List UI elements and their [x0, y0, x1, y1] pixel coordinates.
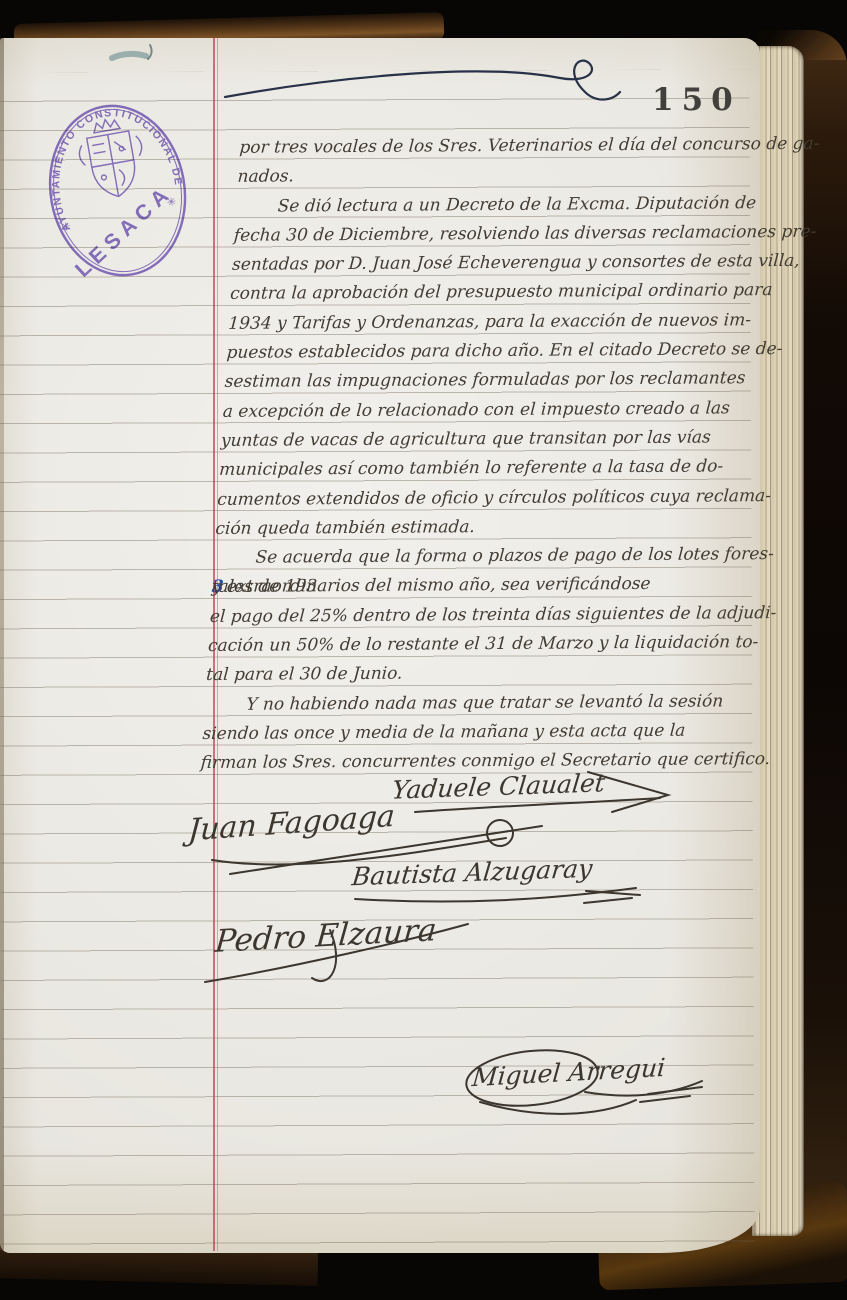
- manuscript-line: a excepción de lo relacionado con el imp…: [222, 394, 772, 427]
- manuscript-line: 1934 y Tarifas y Ordenanzas, para la exa…: [227, 306, 777, 339]
- manuscript-line: contra la aprobación del presupuesto mun…: [229, 276, 779, 309]
- manuscript-text: por tres vocales de los Sres. Veterinari…: [200, 130, 789, 779]
- manuscript-line: municipales así como también lo referent…: [218, 452, 768, 485]
- manuscript-line: fecha 30 de Diciembre, resolviendo las d…: [233, 218, 783, 251]
- manuscript-line: Se dió lectura a un Decreto de la Excma.…: [235, 189, 785, 222]
- scanned-minute-book-photo: 150 AYUNTAMIENTO CONSTITUCIONAL DE LESAC…: [0, 0, 847, 1300]
- manuscript-line: tales de 1933 y extraordinarios del mism…: [211, 570, 761, 603]
- manuscript-line: ción queda también estimada.: [214, 511, 764, 544]
- manuscript-line: sestiman las impugnaciones formuladas po…: [224, 364, 774, 397]
- manuscript-line: Se acuerda que la forma o plazos de pago…: [213, 540, 763, 573]
- page-number: 150: [652, 82, 772, 118]
- manuscript-line: tal para el 30 de Junio.: [205, 658, 755, 691]
- manuscript-line: cación un 50% de lo restante el 31 de Ma…: [207, 628, 757, 661]
- manuscript-line: puestos establecidos para dicho año. En …: [226, 335, 776, 368]
- manuscript-line: sentadas por D. Juan José Echeverengua y…: [231, 247, 781, 280]
- manuscript-line: cumentos extendidos de oficio y círculos…: [216, 482, 766, 515]
- manuscript-line: siendo las once y media de la mañana y e…: [202, 716, 752, 749]
- manuscript-line: por tres vocales de los Sres. Veterinari…: [238, 130, 788, 163]
- municipal-stamp: AYUNTAMIENTO CONSTITUCIONAL DE LESACA ✳ …: [27, 87, 209, 299]
- manuscript-line: el pago del 25% dentro de los treinta dí…: [209, 599, 759, 632]
- stamp-town-name: LESACA: [70, 180, 177, 282]
- manuscript-line: nados.: [237, 159, 787, 192]
- manuscript-line: yuntas de vacas de agricultura que trans…: [220, 423, 770, 456]
- manuscript-line: Y no habiendo nada mas que tratar se lev…: [203, 687, 753, 720]
